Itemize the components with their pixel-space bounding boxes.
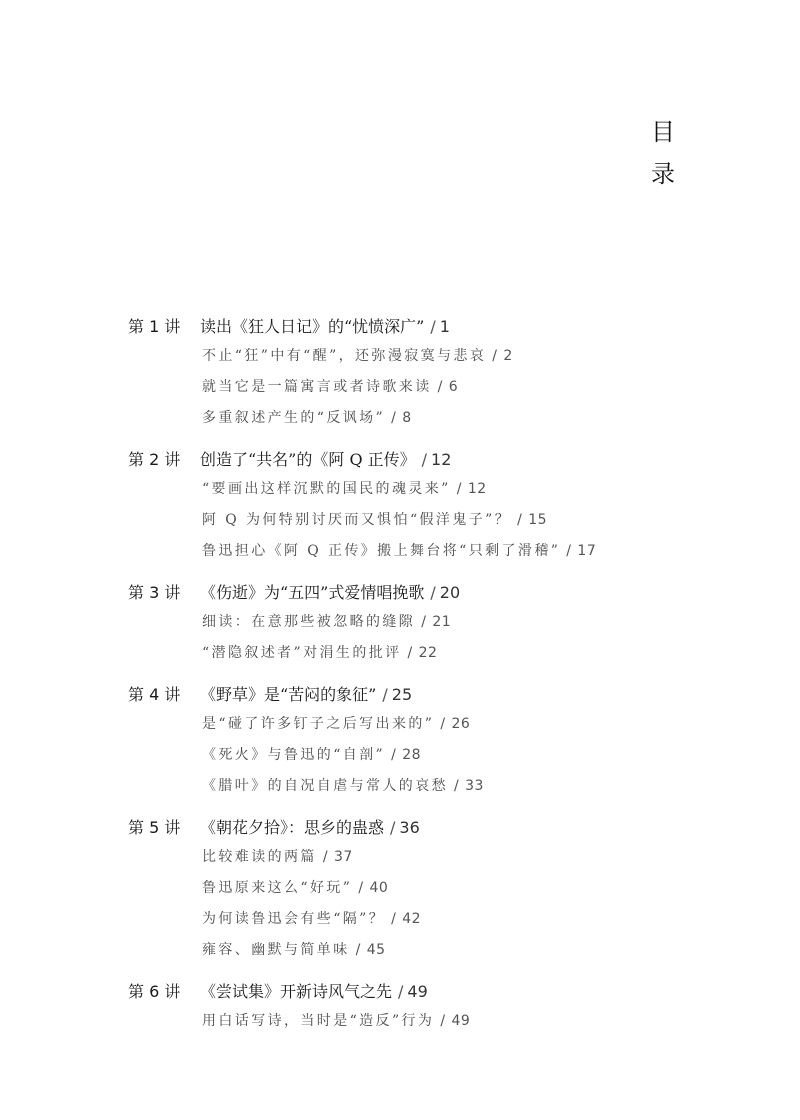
section-entry[interactable]: 《死火》与鲁迅的“自剖”/28 bbox=[202, 740, 728, 771]
page-number: 6 bbox=[449, 379, 458, 395]
chapter-entry[interactable]: 第 4 讲 《野草》是“苦闷的象征”/25 bbox=[128, 681, 728, 709]
section-entry[interactable]: 为何读鲁迅会有些“隔”？/42 bbox=[202, 904, 728, 935]
chapter-1: 第 1 讲 读出《狂人日记》的“忧愤深广”/1 不止“狂”中有“醒”，还弥漫寂寞… bbox=[128, 313, 728, 434]
chapter-title: 《尝试集》开新诗风气之先/49 bbox=[200, 978, 428, 1006]
chapter-entry[interactable]: 第 2 讲 创造了“共名”的《阿 Q 正传》/12 bbox=[128, 446, 728, 474]
page-number: 1 bbox=[440, 317, 450, 336]
chapter-label: 第 5 讲 bbox=[128, 814, 200, 842]
section-entry[interactable]: 比较难读的两篇/37 bbox=[202, 842, 728, 873]
section-entry[interactable]: 用白话写诗，当时是“造反”行为/49 bbox=[202, 1006, 728, 1037]
page-number: 22 bbox=[419, 645, 438, 661]
chapter-2: 第 2 讲 创造了“共名”的《阿 Q 正传》/12 “要画出这样沉默的国民的魂灵… bbox=[128, 446, 728, 567]
chapter-5: 第 5 讲 《朝花夕拾》：思乡的蛊惑/36 比较难读的两篇/37 鲁迅原来这么“… bbox=[128, 814, 728, 966]
chapter-title: 《野草》是“苦闷的象征”/25 bbox=[200, 681, 412, 709]
chapter-title: 《伤逝》为“五四”式爱情唱挽歌/20 bbox=[200, 579, 460, 607]
page-number: 2 bbox=[503, 348, 512, 364]
page-number: 36 bbox=[399, 818, 419, 837]
section-entry[interactable]: 雍容、幽默与简单味/45 bbox=[202, 935, 728, 966]
chapter-4: 第 4 讲 《野草》是“苦闷的象征”/25 是“碰了许多钉子之后写出来的”/26… bbox=[128, 681, 728, 802]
chapter-entry[interactable]: 第 6 讲 《尝试集》开新诗风气之先/49 bbox=[128, 978, 728, 1006]
chapter-entry[interactable]: 第 3 讲 《伤逝》为“五四”式爱情唱挽歌/20 bbox=[128, 579, 728, 607]
page-number: 15 bbox=[528, 512, 547, 528]
chapter-6: 第 6 讲 《尝试集》开新诗风气之先/49 用白话写诗，当时是“造反”行为/49 bbox=[128, 978, 728, 1037]
page-title-char: 目 bbox=[651, 118, 675, 146]
page-number: 33 bbox=[465, 778, 484, 794]
section-entry[interactable]: “要画出这样沉默的国民的魂灵来”/12 bbox=[202, 474, 728, 505]
chapter-label: 第 2 讲 bbox=[128, 446, 200, 474]
section-list: 用白话写诗，当时是“造反”行为/49 bbox=[202, 1006, 728, 1037]
page-title-char: 录 bbox=[651, 160, 675, 188]
page-number: 40 bbox=[369, 880, 388, 896]
section-entry[interactable]: 细读：在意那些被忽略的缝隙/21 bbox=[202, 607, 728, 638]
page-number: 49 bbox=[407, 982, 427, 1001]
chapter-title: 创造了“共名”的《阿 Q 正传》/12 bbox=[200, 446, 451, 474]
page-number: 12 bbox=[431, 450, 451, 469]
section-entry[interactable]: “潜隐叙述者”对涓生的批评/22 bbox=[202, 638, 728, 669]
section-list: 是“碰了许多钉子之后写出来的”/26 《死火》与鲁迅的“自剖”/28 《腊叶》的… bbox=[202, 709, 728, 802]
page-number: 37 bbox=[334, 849, 353, 865]
section-entry[interactable]: 不止“狂”中有“醒”，还弥漫寂寞与悲哀/2 bbox=[202, 341, 728, 372]
section-list: 不止“狂”中有“醒”，还弥漫寂寞与悲哀/2 就当它是一篇寓言或者诗歌来读/6 多… bbox=[202, 341, 728, 434]
page-number: 20 bbox=[440, 583, 460, 602]
chapter-label: 第 1 讲 bbox=[128, 313, 200, 341]
page-number: 12 bbox=[468, 481, 487, 497]
section-entry[interactable]: 多重叙述产生的“反讽场”/8 bbox=[202, 403, 728, 434]
chapter-title: 读出《狂人日记》的“忧愤深广”/1 bbox=[200, 313, 450, 341]
page-number: 8 bbox=[402, 410, 411, 426]
section-entry[interactable]: 《腊叶》的自况自虐与常人的哀愁/33 bbox=[202, 771, 728, 802]
section-entry[interactable]: 就当它是一篇寓言或者诗歌来读/6 bbox=[202, 372, 728, 403]
section-list: 细读：在意那些被忽略的缝隙/21 “潜隐叙述者”对涓生的批评/22 bbox=[202, 607, 728, 669]
page-number: 45 bbox=[367, 942, 386, 958]
page-number: 42 bbox=[402, 911, 421, 927]
page-number: 26 bbox=[451, 716, 470, 732]
chapter-label: 第 3 讲 bbox=[128, 579, 200, 607]
section-entry[interactable]: 鲁迅原来这么“好玩”/40 bbox=[202, 873, 728, 904]
chapter-title: 《朝花夕拾》：思乡的蛊惑/36 bbox=[200, 814, 420, 842]
section-entry[interactable]: 阿 Q 为何特别讨厌而又惧怕“假洋鬼子”？/15 bbox=[202, 505, 728, 536]
section-entry[interactable]: 是“碰了许多钉子之后写出来的”/26 bbox=[202, 709, 728, 740]
chapter-label: 第 6 讲 bbox=[128, 978, 200, 1006]
chapter-entry[interactable]: 第 1 讲 读出《狂人日记》的“忧愤深广”/1 bbox=[128, 313, 728, 341]
chapter-label: 第 4 讲 bbox=[128, 681, 200, 709]
chapter-entry[interactable]: 第 5 讲 《朝花夕拾》：思乡的蛊惑/36 bbox=[128, 814, 728, 842]
page-number: 28 bbox=[402, 747, 421, 763]
page-number: 17 bbox=[577, 543, 596, 559]
section-entry[interactable]: 鲁迅担心《阿 Q 正传》搬上舞台将“只剩了滑稽”/17 bbox=[202, 536, 728, 567]
page-number: 21 bbox=[432, 614, 451, 630]
table-of-contents: 第 1 讲 读出《狂人日记》的“忧愤深广”/1 不止“狂”中有“醒”，还弥漫寂寞… bbox=[128, 313, 728, 1049]
page-number: 25 bbox=[392, 685, 412, 704]
chapter-3: 第 3 讲 《伤逝》为“五四”式爱情唱挽歌/20 细读：在意那些被忽略的缝隙/2… bbox=[128, 579, 728, 669]
page-number: 49 bbox=[451, 1013, 470, 1029]
page-title: 目 录 bbox=[643, 118, 683, 188]
section-list: 比较难读的两篇/37 鲁迅原来这么“好玩”/40 为何读鲁迅会有些“隔”？/42… bbox=[202, 842, 728, 966]
section-list: “要画出这样沉默的国民的魂灵来”/12 阿 Q 为何特别讨厌而又惧怕“假洋鬼子”… bbox=[202, 474, 728, 567]
